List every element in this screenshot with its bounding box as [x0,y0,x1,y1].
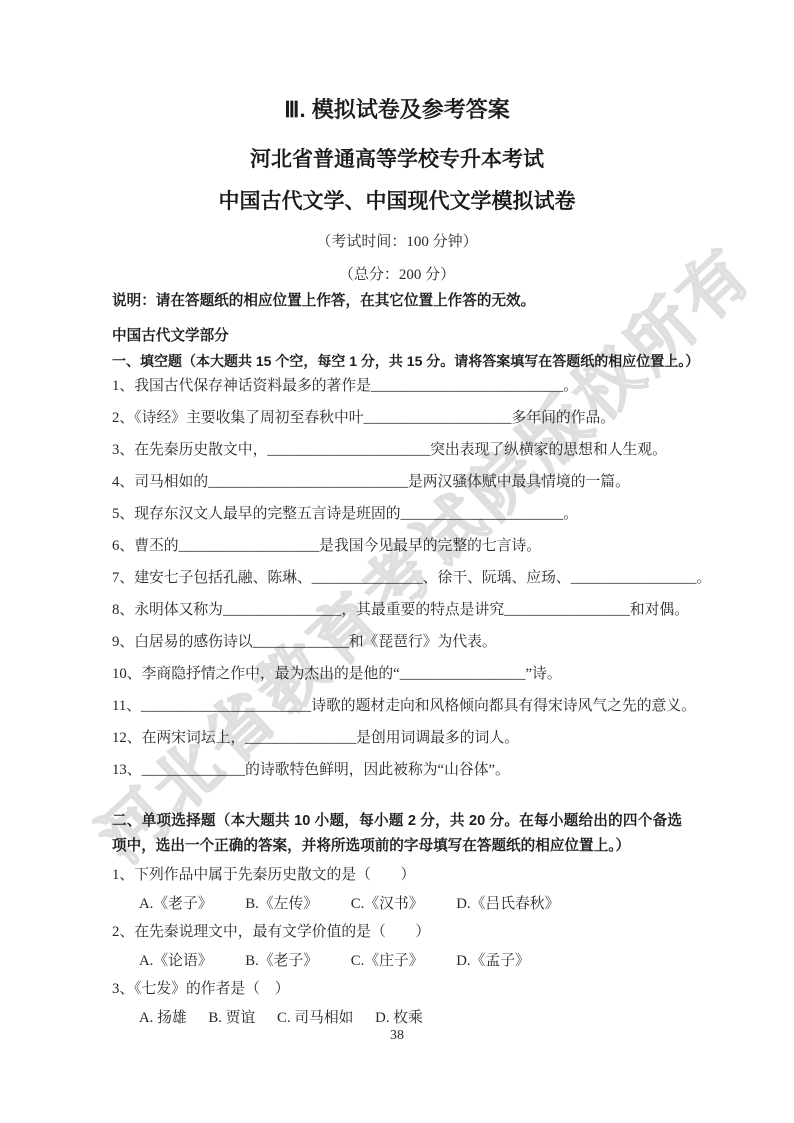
multiple-choice-question-list: 1、下列作品中属于先秦历史散文的是（ ） A.《老子》 B.《左传》 C.《汉书… [112,867,682,1027]
fill-question-2: 2、《诗经》主要收集了周初至春秋中叶____________________多年… [112,410,682,427]
mc2-option-d: D.《孟子》 [456,953,530,969]
mc2-option-a: A.《论语》 [139,953,213,969]
mc3-option-b: B. 贾谊 [208,1010,255,1026]
mc1-option-a: A.《老子》 [139,896,213,912]
mc-question-1-stem: 1、下列作品中属于先秦历史散文的是（ ） [112,867,682,884]
fill-question-5: 5、现存东汉文人最早的完整五言诗是班固的____________________… [112,506,682,523]
fill-question-10: 10、李商隐抒情之作中，最为杰出的是他的“_________________”诗… [112,666,682,683]
mc-question-2-stem: 2、在先秦说理文中，最有文学价值的是（ ） [112,924,682,941]
mc3-option-a: A. 扬雄 [139,1010,187,1026]
fill-question-6: 6、曹丕的___________________是我国今见最早的完整的七言诗。 [112,538,682,555]
mc-question-3-options: A. 扬雄 B. 贾谊 C. 司马相如 D. 枚乘 [112,1010,682,1027]
answer-instructions: 说明：请在答题纸的相应位置上作答，在其它位置上作答的无效。 [112,293,682,310]
mc1-option-c: C.《汉书》 [351,896,424,912]
mc3-option-d: D. 枚乘 [375,1010,423,1026]
mc3-option-c: C. 司马相如 [277,1010,353,1026]
mc-question-2-options: A.《论语》 B.《老子》 C.《庄子》 D.《孟子》 [112,953,682,970]
mc2-option-b: B.《老子》 [245,953,318,969]
fill-question-9: 9、白居易的感伤诗以_____________和《琵琶行》为代表。 [112,634,682,651]
fill-in-question-list: 1、我国古代保存神话资料最多的著作是______________________… [112,378,682,779]
section-label-ancient-literature: 中国古代文学部分 [112,328,682,345]
exam-time: （考试时间：100 分钟） [112,234,682,250]
fill-question-12: 12、在两宋词坛上，_______________是创用词调最多的词人。 [112,730,682,747]
exam-paper-page: 河北省教育考试院版权所有 Ⅲ. 模拟试卷及参考答案 河北省普通高等学校专升本考试… [0,0,794,1123]
mc-question-3-stem: 3、《七发》的作者是（ ） [112,981,682,998]
page-number: 38 [0,1028,794,1044]
fill-question-1: 1、我国古代保存神话资料最多的著作是______________________… [112,378,682,395]
paper-name-line: 中国古代文学、中国现代文学模拟试卷 [112,190,682,214]
fill-in-section-heading: 一、填空题（本大题共 15 个空，每空 1 分，共 15 分。请将答案填写在答题… [112,353,682,370]
fill-question-8: 8、永明体又称为________________，其最重要的特点是讲究_____… [112,602,682,619]
fill-question-13: 13、______________的诗歌特色鲜明，因此被称为“山谷体”。 [112,762,682,779]
mc2-option-c: C.《庄子》 [351,953,424,969]
fill-question-7: 7、建安七子包括孔融、陈琳、_______________、徐干、阮瑀、应玚、_… [112,570,682,587]
total-score: （总分：200 分） [112,267,682,283]
multiple-choice-section-heading: 二、单项选择题（本大题共 10 小题，每小题 2 分，共 20 分。在每小题给出… [112,809,682,859]
mc1-option-b: B.《左传》 [245,896,318,912]
mc-question-1-options: A.《老子》 B.《左传》 C.《汉书》 D.《吕氏春秋》 [112,896,682,913]
exam-name-line: 河北省普通高等学校专升本考试 [112,148,682,172]
fill-question-4: 4、司马相如的___________________________是两汉骚体赋… [112,474,682,491]
fill-question-3: 3、在先秦历史散文中，______________________突出表现了纵横… [112,442,682,459]
document-title: Ⅲ. 模拟试卷及参考答案 [112,0,682,122]
fill-question-11: 11、_______________________诗歌的题材走向和风格倾向都具… [112,698,682,715]
page-content: Ⅲ. 模拟试卷及参考答案 河北省普通高等学校专升本考试 中国古代文学、中国现代文… [0,0,794,1027]
mc1-option-d: D.《吕氏春秋》 [456,896,559,912]
